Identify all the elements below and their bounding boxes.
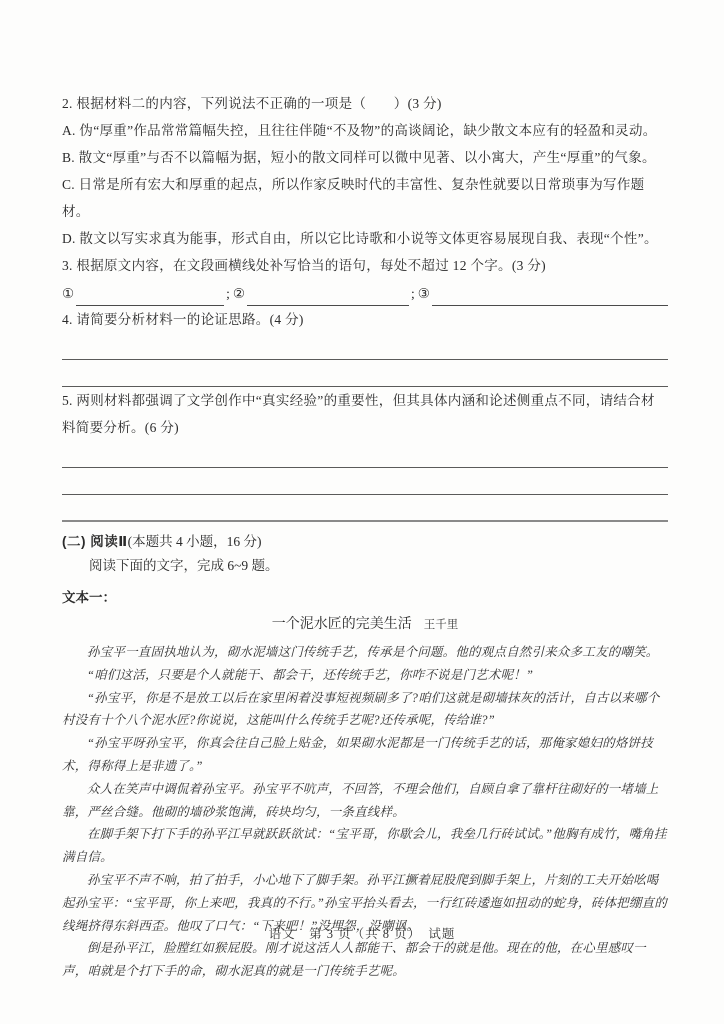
question-2-option-c: C. 日常是所有宏大和厚重的起点，所以作家反映时代的丰富性、复杂性就要以日常琐事… [62, 171, 668, 225]
answer-blank-2 [247, 286, 409, 306]
question-3-stem: 3. 根据原文内容，在文段画横线处补写恰当的语句，每处不超过 12 个字。(3 … [62, 252, 668, 279]
answer-line [62, 333, 668, 360]
passage-paragraph: 在脚手架下打下手的孙平江早就跃跃欲试：“宝平哥，你歇会儿，我垒几行砖试试。”他胸… [62, 823, 668, 869]
section-2-title: (二) 阅读Ⅱ [62, 534, 128, 549]
question-5-stem: 5. 两则材料都强调了文学创作中“真实经验”的重要性，但其具体内涵和论述侧重点不… [62, 387, 668, 441]
exam-page: 2. 根据材料二的内容，下列说法不正确的一项是（ ）(3 分) A. 伪“厚重”… [0, 0, 724, 1024]
question-2-option-b: B. 散文“厚重”与否不以篇幅为据，短小的散文同样可以微中见著、以小寓大，产生“… [62, 144, 668, 171]
passage-paragraph: “孙宝平呀孙宝平，你真会往自己脸上贴金，如果砌水泥都是一门传统手艺的话，那俺家媳… [62, 732, 668, 778]
section-2-instruction: 阅读下面的文字，完成 6~9 题。 [62, 554, 668, 578]
passage-paragraph: “孙宝平，你是不是放工以后在家里闲着没事短视频刷多了?咱们这就是砌墙抹灰的活计，… [62, 687, 668, 733]
question-2-stem: 2. 根据材料二的内容，下列说法不正确的一项是（ ）(3 分) [62, 90, 668, 117]
answer-line [62, 495, 668, 522]
passage-paragraph: 孙宝平一直固执地认为，砌水泥墙这门传统手艺，传承是个问题。他的观点自然引来众多工… [62, 641, 668, 664]
question-3-blanks-row: ① ; ② ; ③ [62, 279, 668, 306]
page-footer: 语文 第 3 页（共 8 页） 试题 [0, 924, 724, 942]
blank-marker-1: ① [62, 281, 76, 306]
passage-author: 王千里 [424, 619, 459, 631]
answer-line [62, 360, 668, 387]
question-2-option-d: D. 散文以写实求真为能事，形式自由，所以它比诗歌和小说等文体更容易展现自我、表… [62, 225, 668, 252]
passage-paragraph: “咱们这活，只要是个人就能干、都会干，还传统手艺，你咋不说是门艺术呢！” [62, 664, 668, 687]
blank-separator-1: ; [224, 281, 233, 306]
question-2-option-a: A. 伪“厚重”作品常常篇幅失控，且往往伴随“不及物”的高谈阔论，缺少散文本应有… [62, 117, 668, 144]
blank-separator-2: ; [409, 281, 418, 306]
section-2-heading: (二) 阅读Ⅱ(本题共 4 小题，16 分) [62, 530, 668, 554]
blank-marker-2: ② [233, 281, 247, 306]
answer-blank-1 [76, 286, 224, 306]
answer-blank-3 [432, 286, 668, 306]
passage-paragraph: 众人在笑声中调侃着孙宝平。孙宝平不吭声，不回答，不理会他们，自顾自拿了靠杆往砌好… [62, 778, 668, 824]
passage-title-line: 一个泥水匠的完美生活王千里 [62, 612, 668, 638]
page-content: 2. 根据材料二的内容，下列说法不正确的一项是（ ）(3 分) A. 伪“厚重”… [62, 90, 668, 983]
answer-line [62, 441, 668, 468]
text-one-label: 文本一： [62, 586, 668, 610]
question-4-stem: 4. 请简要分析材料一的论证思路。(4 分) [62, 306, 668, 333]
passage-paragraph: 倒是孙平江，脸膛红如猴屁股。刚才说这活人人都能干、都会干的就是他。现在的他，在心… [62, 937, 668, 983]
answer-line [62, 468, 668, 495]
section-2-title-detail: (本题共 4 小题，16 分) [128, 534, 262, 549]
passage-title: 一个泥水匠的完美生活 [272, 617, 412, 632]
blank-marker-3: ③ [418, 281, 432, 306]
